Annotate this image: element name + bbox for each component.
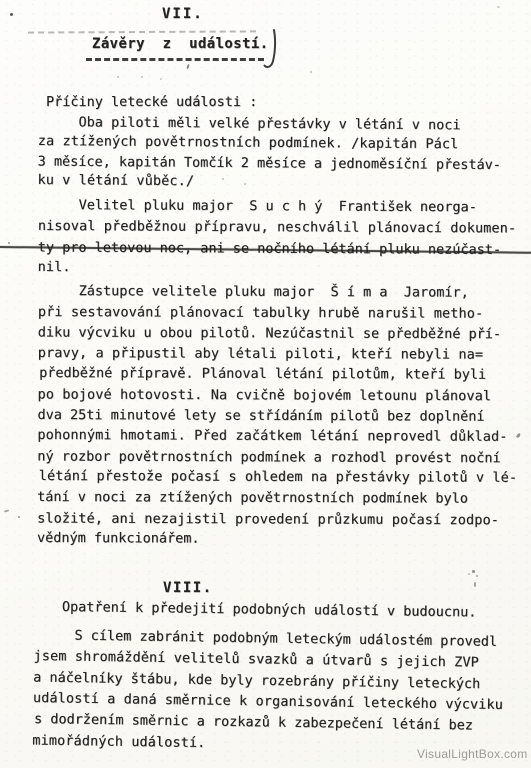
ink-speck — [18, 516, 20, 518]
text-line: Zástupce velitele pluku major Š í m a Ja… — [38, 281, 516, 303]
paragraph-zastupce: Zástupce velitele pluku major Š í m a Ja… — [37, 281, 516, 551]
title-dashed-underline — [86, 58, 264, 61]
paragraph-velitel: Velitel pluku major S u c h ý František … — [38, 195, 517, 281]
ink-speck — [117, 76, 119, 78]
paragraph-pilots: Oba piloti měli velké přestávky v létání… — [37, 113, 501, 194]
ink-speck — [497, 6, 500, 8]
document-page: VII. Závěry z událostí. Příčiny letecké … — [0, 0, 531, 768]
ink-speck — [244, 183, 246, 185]
text-line: Velitel pluku major S u c h ý František … — [38, 195, 516, 218]
text-line: při sestavování plánovací tabulky hrubě … — [38, 302, 516, 324]
section-viii-title: Opatření k předejití podobných událostí … — [62, 599, 477, 620]
text-line: vědným funkcionářem. — [37, 528, 515, 550]
section-vii-title: Závěry z událostí. — [92, 36, 269, 52]
smudge-dash-line — [28, 30, 256, 33]
text-line: tání v noci za ztížených povětrnostních … — [37, 487, 515, 509]
text-line: 3 měsíce, kapitán Tomčík 2 měsíce a jedn… — [38, 152, 501, 175]
text-line: dva 25ti minutové lety se střídáním pilo… — [37, 405, 515, 427]
text-line: létání přestože počasí s ohledem na přes… — [39, 466, 517, 488]
ink-speck — [10, 13, 13, 16]
ink-speck — [160, 78, 162, 80]
ink-speck — [8, 242, 10, 244]
ink-speck — [222, 178, 224, 180]
watermark-link[interactable]: VisualLightBox.com — [417, 747, 528, 761]
text-line: pohonnými hmotami. Před začátkem létání … — [37, 425, 515, 447]
section-viii-number: VIII. — [163, 580, 213, 596]
section-vii-number: VII. — [162, 6, 204, 22]
ink-speck — [474, 582, 476, 587]
ink-speck — [186, 64, 190, 69]
paragraph-opatreni: S cílem zabránit podobným leteckým událo… — [32, 625, 504, 758]
text-line: složité, ani nezajistil provedení průzku… — [37, 508, 515, 530]
ink-speck — [476, 575, 478, 577]
ink-speck — [310, 71, 312, 73]
ink-speck — [468, 573, 470, 575]
ink-speck — [472, 570, 475, 573]
ink-speck — [516, 433, 521, 439]
text-line: diku výcviku u obou pilotů. Nezúčastnil … — [38, 323, 516, 345]
ink-speck — [4, 509, 9, 512]
text-line: předběžné přípravě. Plánoval létání pilo… — [39, 363, 517, 385]
pen-vertical-mark-icon — [261, 27, 281, 75]
text-line: pravy, a připustil aby létali piloti, kt… — [38, 343, 516, 365]
ink-speck — [141, 76, 143, 78]
text-line: nisoval předběžnou přípravu, neschválil … — [38, 216, 516, 239]
text-line: ný rozbor povětrnostních podmínek a rozh… — [37, 446, 515, 468]
causes-heading: Příčiny letecké události : — [46, 94, 257, 110]
text-line: po bojové hotovosti. Na cvičně bojovém l… — [38, 384, 516, 406]
text-line: nil. — [38, 257, 516, 280]
